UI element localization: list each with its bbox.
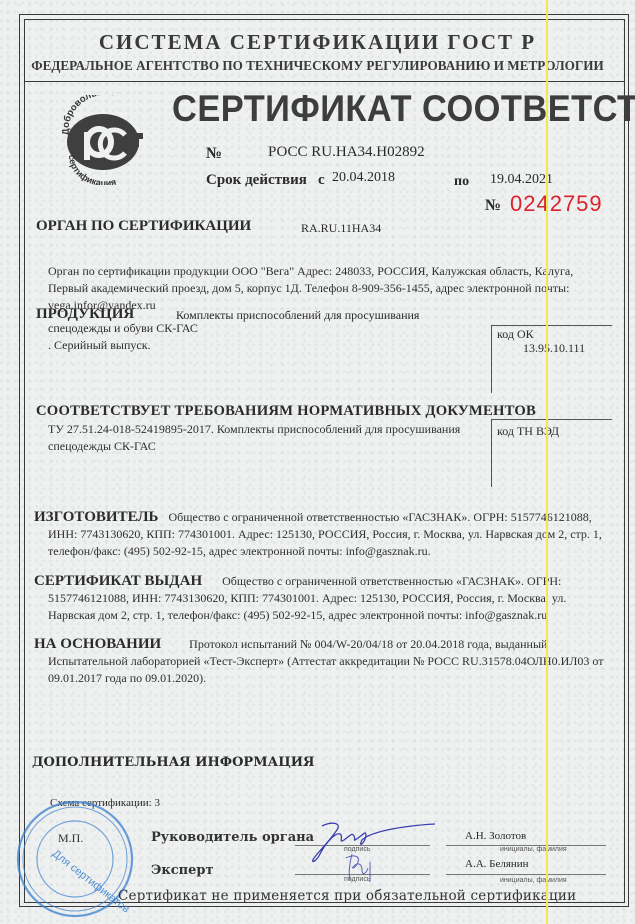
ok-code-label: код ОК xyxy=(497,327,534,342)
ok-code-value: 13.95.10.111 xyxy=(523,341,585,356)
scan-artifact-line xyxy=(546,0,548,924)
manufacturer-heading: ИЗГОТОВИТЕЛЬ xyxy=(34,509,158,525)
valid-to-label: по xyxy=(454,174,469,190)
expert-name-line xyxy=(446,874,606,875)
issued-to-heading: СЕРТИФИКАТ ВЫДАН xyxy=(34,573,202,589)
header-divider xyxy=(24,81,625,82)
head-name: А.Н. Золотов xyxy=(465,830,526,842)
certification-body-code: RA.RU.11НА34 xyxy=(301,221,381,236)
expert-name-caption: инициалы, фамилия xyxy=(500,877,567,884)
rst-logo-icon: Добровольная сертификация xyxy=(55,95,155,185)
svg-text:Для сертификатов: Для сертификатов xyxy=(50,848,132,916)
conformity-heading: СООТВЕТСТВУЕТ ТРЕБОВАНИЯМ НОРМАТИВНЫХ ДО… xyxy=(36,403,536,420)
document-title: СЕРТИФИКАТ СООТВЕТСТВИЯ xyxy=(172,88,635,130)
system-title: СИСТЕМА СЕРТИФИКАЦИИ ГОСТ Р xyxy=(0,30,635,55)
handwritten-signature-icon xyxy=(300,818,440,888)
expert-label: Эксперт xyxy=(151,863,214,878)
valid-from: 20.04.2018 xyxy=(332,170,395,186)
cert-number-label: № xyxy=(206,145,222,163)
basis-heading: НА ОСНОВАНИИ xyxy=(34,636,161,652)
serial-number-label: № xyxy=(485,197,501,215)
issued-to-block: СЕРТИФИКАТ ВЫДАНОбщество с ограниченной … xyxy=(48,573,610,624)
footer-note: Сертификат не применяется при обязательн… xyxy=(118,888,576,904)
certification-body-heading: ОРГАН ПО СЕРТИФИКАЦИИ xyxy=(36,218,251,235)
product-line-2: спецодежды и обуви СК-ГАС xyxy=(48,320,198,337)
basis-block: НА ОСНОВАНИИПротокол испытаний № 004/W-2… xyxy=(48,636,610,687)
additional-info-heading: ДОПОЛНИТЕЛЬНАЯ ИНФОРМАЦИЯ xyxy=(32,755,315,770)
product-description: спецодежды и обуви СК-ГАС . Серийный вып… xyxy=(48,320,198,354)
product-line-3: . Серийный выпуск. xyxy=(48,337,198,354)
tn-ved-label: код ТН ВЭД xyxy=(497,424,559,439)
product-line-1: Комплекты приспособлений для просушивани… xyxy=(176,308,419,323)
conformity-text: ТУ 27.51.24-018-52419895-2017. Комплекты… xyxy=(48,421,468,455)
expert-name: А.А. Белянин xyxy=(465,858,529,870)
svg-text:М.П.: М.П. xyxy=(58,831,83,845)
cert-number: РОСС RU.НА34.Н02892 xyxy=(268,144,425,161)
valid-to: 19.04.2021 xyxy=(490,172,553,188)
head-name-caption: инициалы, фамилия xyxy=(500,846,567,853)
agency-name: ФЕДЕРАЛЬНОЕ АГЕНТСТВО ПО ТЕХНИЧЕСКОМУ РЕ… xyxy=(19,59,616,75)
valid-from-label: с xyxy=(318,172,325,189)
serial-number: 0242759 xyxy=(510,191,603,217)
validity-label: Срок действия xyxy=(206,172,307,189)
head-of-body-label: Руководитель органа xyxy=(151,830,314,845)
manufacturer-block: ИЗГОТОВИТЕЛЬОбщество с ограниченной отве… xyxy=(48,509,610,560)
